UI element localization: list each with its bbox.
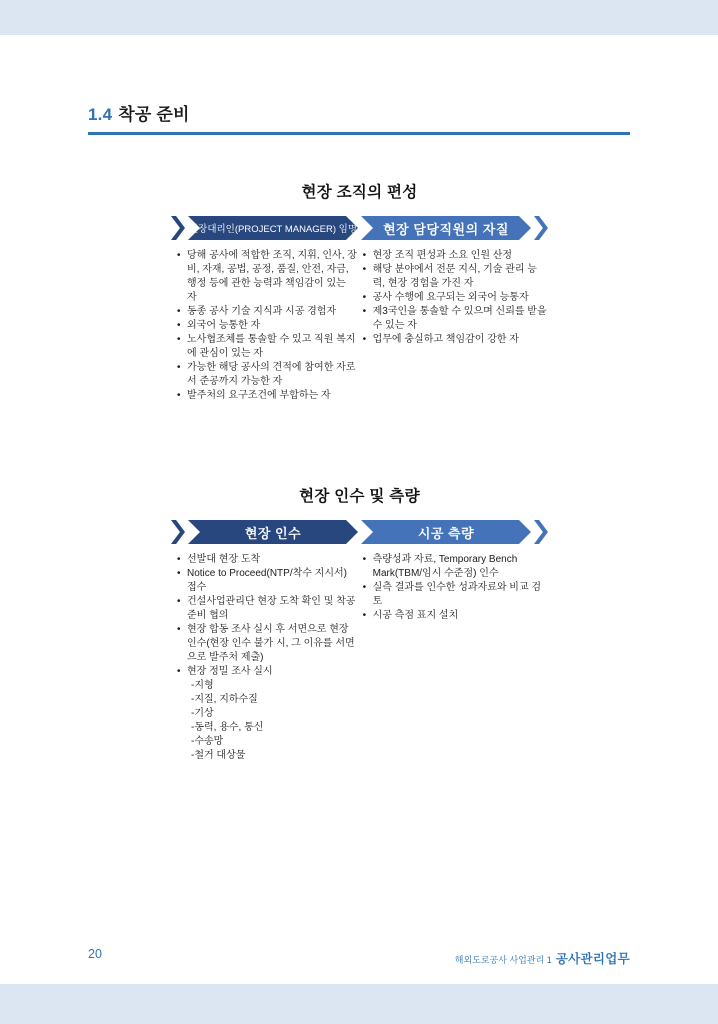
flow-header-site-handover: 현장 인수 (188, 520, 358, 544)
bullet-list: 선발대 현장 도착 Notice to Proceed(NTP/착수 지시서) … (176, 553, 358, 763)
list-item: Notice to Proceed(NTP/착수 지시서) 접수 (176, 567, 358, 595)
column-right: 측량성과 자료, Temporary Bench Mark(TBM/임시 수준점… (358, 553, 548, 763)
list-item: 노사협조체를 통솔할 수 있고 직원 복지에 관심이 있는 자 (176, 333, 358, 361)
bottom-band (0, 984, 718, 1024)
list-item: 당해 공사에 적합한 조직, 지휘, 인사, 장비, 자재, 공법, 공정, 품… (176, 249, 358, 305)
list-item: 측량성과 자료, Temporary Bench Mark(TBM/임시 수준점… (362, 553, 548, 581)
column-left: 선발대 현장 도착 Notice to Proceed(NTP/착수 지시서) … (171, 553, 358, 763)
section-title: 현장 인수 및 측량 (171, 487, 548, 507)
footer-doc-series: 해외도로공사 사업관리 1 (455, 955, 552, 965)
chevron-start-icon (171, 520, 185, 544)
bullet-list: 당해 공사에 적합한 조직, 지휘, 인사, 장비, 자재, 공법, 공정, 품… (176, 249, 358, 403)
footer-doc-name: 공사관리업무 (556, 952, 630, 966)
sub-list-item: -지질, 지하수질 (176, 693, 358, 707)
document-page: 1.4착공 준비 현장 조직의 편성 현장대리인(PROJECT MANAGER… (0, 0, 718, 1024)
list-item: 시공 측점 표지 설치 (362, 609, 548, 623)
sub-list-item: -수송망 (176, 735, 358, 749)
flow-header-construction-survey: 시공 측량 (361, 520, 531, 544)
flow-header-staff-quality: 현장 담당직원의 자질 (361, 216, 531, 240)
list-item: 동종 공사 기술 지식과 시공 경험자 (176, 305, 358, 319)
section-columns: 선발대 현장 도착 Notice to Proceed(NTP/착수 지시서) … (171, 553, 548, 763)
list-item: 가능한 해당 공사의 견적에 참여한 자로서 준공까지 가능한 자 (176, 361, 358, 389)
flow-header-project-manager: 현장대리인(PROJECT MANAGER) 임명 (188, 216, 358, 240)
footer-doc-title: 해외도로공사 사업관리 1공사관리업무 (455, 949, 630, 968)
chapter-number: 1.4 (88, 105, 112, 124)
sub-list-item: -동력, 용수, 통신 (176, 721, 358, 735)
chevron-start-icon (171, 216, 185, 240)
list-item: 제3국인을 통솔할 수 있으며 신뢰를 받을 수 있는 자 (362, 305, 548, 333)
list-item: 발주처의 요구조건에 부합하는 자 (176, 389, 358, 403)
list-item: 현장 정밀 조사 실시 (176, 665, 358, 679)
chevron-end-icon (534, 520, 548, 544)
sub-list-item: -지형 (176, 679, 358, 693)
sub-list-item: -기상 (176, 707, 358, 721)
list-item: 선발대 현장 도착 (176, 553, 358, 567)
list-item: 외국어 능통한 자 (176, 319, 358, 333)
chapter-heading: 1.4착공 준비 (88, 100, 630, 135)
flow-header-row: 현장 인수 시공 측량 (171, 520, 548, 544)
list-item: 공사 수행에 요구되는 외국어 능통자 (362, 291, 548, 305)
chevron-end-icon (534, 216, 548, 240)
column-right: 현장 조직 편성과 소요 인원 산정 해당 분야에서 전문 지식, 기술 관리 … (358, 249, 548, 403)
bullet-list: 측량성과 자료, Temporary Bench Mark(TBM/임시 수준점… (362, 553, 548, 623)
section-site-organization: 현장 조직의 편성 현장대리인(PROJECT MANAGER) 임명 현장 담… (171, 183, 548, 403)
top-band (0, 0, 718, 35)
section-columns: 당해 공사에 적합한 조직, 지휘, 인사, 장비, 자재, 공법, 공정, 품… (171, 249, 548, 403)
footer-page-number: 20 (88, 947, 102, 961)
section-title: 현장 조직의 편성 (171, 183, 548, 203)
bullet-list: 현장 조직 편성과 소요 인원 산정 해당 분야에서 전문 지식, 기술 관리 … (362, 249, 548, 347)
list-item: 해당 분야에서 전문 지식, 기술 관리 능력, 현장 경험을 가진 자 (362, 263, 548, 291)
list-item: 현장 조직 편성과 소요 인원 산정 (362, 249, 548, 263)
section-site-handover-survey: 현장 인수 및 측량 현장 인수 시공 측량 선발대 현장 도착 Notice … (171, 487, 548, 763)
flow-header-row: 현장대리인(PROJECT MANAGER) 임명 현장 담당직원의 자질 (171, 216, 548, 240)
list-item: 건설사업관리단 현장 도착 확인 및 착공 준비 협의 (176, 595, 358, 623)
sub-list-item: -철거 대상물 (176, 749, 358, 763)
list-item: 업무에 충실하고 책임감이 강한 자 (362, 333, 548, 347)
column-left: 당해 공사에 적합한 조직, 지휘, 인사, 장비, 자재, 공법, 공정, 품… (171, 249, 358, 403)
chapter-title: 착공 준비 (118, 105, 189, 124)
list-item: 현장 합동 조사 실시 후 서면으로 현장 인수(현장 인수 불가 시, 그 이… (176, 623, 358, 665)
list-item: 실측 결과를 인수한 성과자료와 비교 검토 (362, 581, 548, 609)
